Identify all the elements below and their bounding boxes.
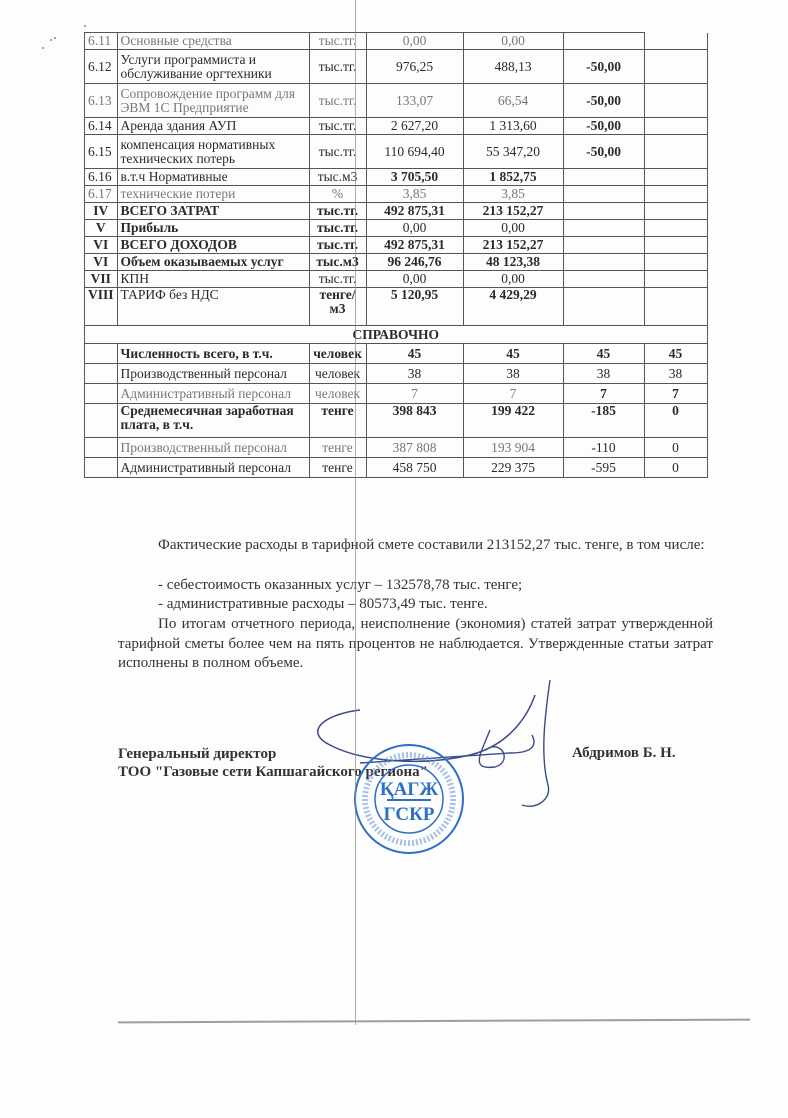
value-plan: 38 bbox=[366, 364, 463, 384]
table-row: VПрибыльтыс.тг.0,000,00 bbox=[85, 220, 708, 237]
row-unit: тыс.тг. bbox=[309, 50, 366, 84]
reference-row: Административный персоналтенге458 750229… bbox=[85, 458, 708, 478]
value-extra: 0 bbox=[644, 438, 707, 458]
row-number: 6.14 bbox=[85, 118, 118, 135]
value-extra bbox=[644, 288, 707, 326]
value-deviation bbox=[563, 271, 644, 288]
value-plan: 398 843 bbox=[366, 404, 463, 438]
table-row: 6.12Услуги программиста и обслуживание о… bbox=[85, 50, 708, 84]
scan-artifact-vertical-line bbox=[355, 0, 356, 1025]
row-number: VIII bbox=[85, 288, 118, 326]
reference-row: Производственный персоналчеловек38383838 bbox=[85, 364, 708, 384]
value-extra bbox=[644, 84, 707, 118]
row-name: компенсация нормативных технических поте… bbox=[117, 135, 309, 169]
table-row: IVВСЕГО ЗАТРАТтыс.тг.492 875,31213 152,2… bbox=[85, 203, 708, 220]
value-deviation bbox=[563, 33, 644, 50]
value-extra bbox=[644, 237, 707, 254]
row-number: V bbox=[85, 220, 118, 237]
value-deviation: -595 bbox=[563, 458, 644, 478]
value-deviation bbox=[563, 254, 644, 271]
value-deviation: 38 bbox=[563, 364, 644, 384]
value-actual: 0,00 bbox=[463, 271, 563, 288]
value-extra: 0 bbox=[644, 458, 707, 478]
value-plan: 3 705,50 bbox=[366, 169, 463, 186]
value-extra bbox=[644, 186, 707, 203]
value-actual: 0,00 bbox=[463, 33, 563, 50]
row-number: 6.17 bbox=[85, 186, 118, 203]
row-number: VI bbox=[85, 254, 118, 271]
value-deviation bbox=[563, 237, 644, 254]
reference-row: Административный персоналчеловек7777 bbox=[85, 384, 708, 404]
row-unit: тыс.тг. bbox=[309, 84, 366, 118]
row-number bbox=[85, 438, 118, 458]
scan-artifact-horizontal-line bbox=[118, 1019, 750, 1024]
value-deviation: -50,00 bbox=[563, 135, 644, 169]
reference-row: Среднемесячная заработная плата, в т.ч.т… bbox=[85, 404, 708, 438]
value-deviation: -50,00 bbox=[563, 84, 644, 118]
paragraph-cost-of-services: - себестоимость оказанных услуг – 132578… bbox=[118, 576, 713, 596]
value-plan: 45 bbox=[366, 344, 463, 364]
row-number: 6.12 bbox=[85, 50, 118, 84]
row-number: IV bbox=[85, 203, 118, 220]
row-number: VII bbox=[85, 271, 118, 288]
value-actual: 3,85 bbox=[463, 186, 563, 203]
row-number bbox=[85, 404, 118, 438]
value-extra bbox=[644, 169, 707, 186]
value-actual: 199 422 bbox=[463, 404, 563, 438]
value-deviation bbox=[563, 288, 644, 326]
row-name: Сопровождение программ для ЭВМ 1С Предпр… bbox=[117, 84, 309, 118]
row-unit: тенге/м3 bbox=[309, 288, 366, 326]
row-name: ВСЕГО ЗАТРАТ bbox=[117, 203, 309, 220]
reference-section-title: СПРАВОЧНО bbox=[85, 326, 708, 344]
value-actual: 229 375 bbox=[463, 458, 563, 478]
row-unit: тенге bbox=[309, 458, 366, 478]
table-row: VIIКПНтыс.тг.0,000,00 bbox=[85, 271, 708, 288]
value-plan: 133,07 bbox=[366, 84, 463, 118]
row-unit: тыс.тг. bbox=[309, 237, 366, 254]
row-number: 6.11 bbox=[85, 33, 118, 50]
reference-title-row: СПРАВОЧНО bbox=[85, 326, 708, 344]
value-actual: 213 152,27 bbox=[463, 203, 563, 220]
row-name: технические потери bbox=[117, 186, 309, 203]
row-number bbox=[85, 344, 118, 364]
row-unit: % bbox=[309, 186, 366, 203]
row-unit: тенге bbox=[309, 438, 366, 458]
value-actual: 7 bbox=[463, 384, 563, 404]
row-number: VI bbox=[85, 237, 118, 254]
reference-row: Численность всего, в т.ч.человек45454545 bbox=[85, 344, 708, 364]
value-extra bbox=[644, 135, 707, 169]
row-name: Производственный персонал bbox=[117, 364, 309, 384]
value-deviation: 7 bbox=[563, 384, 644, 404]
value-deviation bbox=[563, 220, 644, 237]
table-row: VIОбъем оказываемых услугтыс.м396 246,76… bbox=[85, 254, 708, 271]
value-actual: 55 347,20 bbox=[463, 135, 563, 169]
value-actual: 48 123,38 bbox=[463, 254, 563, 271]
value-extra bbox=[644, 50, 707, 84]
row-unit: человек bbox=[309, 344, 366, 364]
row-name: КПН bbox=[117, 271, 309, 288]
row-name: Численность всего, в т.ч. bbox=[117, 344, 309, 364]
row-unit: тыс.тг. bbox=[309, 33, 366, 50]
row-name: Услуги программиста и обслуживание оргте… bbox=[117, 50, 309, 84]
value-extra bbox=[644, 118, 707, 135]
row-unit: тыс.м3 bbox=[309, 169, 366, 186]
value-plan: 387 808 bbox=[366, 438, 463, 458]
table-row: 6.15компенсация нормативных технических … bbox=[85, 135, 708, 169]
reference-row: Производственный персоналтенге387 808193… bbox=[85, 438, 708, 458]
value-deviation: 45 bbox=[563, 344, 644, 364]
value-actual: 4 429,29 bbox=[463, 288, 563, 326]
value-actual: 1 852,75 bbox=[463, 169, 563, 186]
value-extra: 38 bbox=[644, 364, 707, 384]
value-deviation bbox=[563, 169, 644, 186]
table-row: 6.11Основные средстватыс.тг.0,000,00 bbox=[85, 33, 708, 50]
svg-text:ҚАГЖ: ҚАГЖ bbox=[380, 779, 439, 800]
value-plan: 110 694,40 bbox=[366, 135, 463, 169]
row-name: Объем оказываемых услуг bbox=[117, 254, 309, 271]
row-unit: человек bbox=[309, 364, 366, 384]
row-number: 6.16 bbox=[85, 169, 118, 186]
row-unit: тыс.м3 bbox=[309, 254, 366, 271]
value-plan: 7 bbox=[366, 384, 463, 404]
row-unit: тыс.тг. bbox=[309, 135, 366, 169]
table-row: 6.13Сопровождение программ для ЭВМ 1С Пр… bbox=[85, 84, 708, 118]
paragraph-conclusion: По итогам отчетного периода, неисполнени… bbox=[118, 615, 713, 674]
row-name: ТАРИФ без НДС bbox=[117, 288, 309, 326]
row-number: 6.13 bbox=[85, 84, 118, 118]
value-plan: 5 120,95 bbox=[366, 288, 463, 326]
table-row: 6.14Аренда здания АУПтыс.тг.2 627,201 31… bbox=[85, 118, 708, 135]
row-unit: тыс.тг. bbox=[309, 271, 366, 288]
row-name: Основные средства bbox=[117, 33, 309, 50]
row-name: ВСЕГО ДОХОДОВ bbox=[117, 237, 309, 254]
value-actual: 45 bbox=[463, 344, 563, 364]
row-unit: тенге bbox=[309, 404, 366, 438]
paragraph-actual-expenses: Фактические расходы в тарифной смете сос… bbox=[118, 536, 713, 556]
value-plan: 492 875,31 bbox=[366, 203, 463, 220]
value-plan: 3,85 bbox=[366, 186, 463, 203]
value-plan: 0,00 bbox=[366, 33, 463, 50]
value-deviation bbox=[563, 203, 644, 220]
row-name: Прибыль bbox=[117, 220, 309, 237]
row-name: Аренда здания АУП bbox=[117, 118, 309, 135]
value-actual: 38 bbox=[463, 364, 563, 384]
value-plan: 2 627,20 bbox=[366, 118, 463, 135]
value-actual: 66,54 bbox=[463, 84, 563, 118]
value-extra bbox=[644, 33, 707, 50]
value-plan: 492 875,31 bbox=[366, 237, 463, 254]
table-row: VIВСЕГО ДОХОДОВтыс.тг.492 875,31213 152,… bbox=[85, 237, 708, 254]
table-row: 6.16в.т.ч Нормативныетыс.м33 705,501 852… bbox=[85, 169, 708, 186]
value-deviation: -110 bbox=[563, 438, 644, 458]
row-unit: тыс.тг. bbox=[309, 203, 366, 220]
row-name: в.т.ч Нормативные bbox=[117, 169, 309, 186]
row-name: Производственный персонал bbox=[117, 438, 309, 458]
row-number bbox=[85, 384, 118, 404]
table-row: VIIIТАРИФ без НДСтенге/м35 120,954 429,2… bbox=[85, 288, 708, 326]
value-plan: 96 246,76 bbox=[366, 254, 463, 271]
value-deviation: -185 bbox=[563, 404, 644, 438]
row-unit: тыс.тг. bbox=[309, 220, 366, 237]
value-extra: 7 bbox=[644, 384, 707, 404]
value-plan: 976,25 bbox=[366, 50, 463, 84]
value-extra bbox=[644, 271, 707, 288]
row-unit: тыс.тг. bbox=[309, 118, 366, 135]
paragraph-admin-expenses: - административные расходы – 80573,49 ты… bbox=[118, 595, 713, 615]
svg-text:ГСКР: ГСКР bbox=[384, 804, 435, 825]
row-number bbox=[85, 458, 118, 478]
value-actual: 0,00 bbox=[463, 220, 563, 237]
value-extra: 45 bbox=[644, 344, 707, 364]
row-name: Административный персонал bbox=[117, 458, 309, 478]
value-plan: 0,00 bbox=[366, 271, 463, 288]
row-name: Административный персонал bbox=[117, 384, 309, 404]
value-extra bbox=[644, 203, 707, 220]
value-extra bbox=[644, 254, 707, 271]
value-actual: 1 313,60 bbox=[463, 118, 563, 135]
row-number bbox=[85, 364, 118, 384]
tariff-table: 6.11Основные средстватыс.тг.0,000,006.12… bbox=[84, 32, 708, 478]
value-actual: 193 904 bbox=[463, 438, 563, 458]
value-plan: 458 750 bbox=[366, 458, 463, 478]
row-name: Среднемесячная заработная плата, в т.ч. bbox=[117, 404, 309, 438]
value-plan: 0,00 bbox=[366, 220, 463, 237]
value-deviation: -50,00 bbox=[563, 50, 644, 84]
company-stamp: ҚАГЖ ГСКР bbox=[353, 743, 465, 855]
value-extra: 0 bbox=[644, 404, 707, 438]
row-number: 6.15 bbox=[85, 135, 118, 169]
value-extra bbox=[644, 220, 707, 237]
signer-name: Абдримов Б. Н. bbox=[572, 745, 676, 762]
value-deviation bbox=[563, 186, 644, 203]
row-unit: человек bbox=[309, 384, 366, 404]
table-row: 6.17технические потери%3,853,85 bbox=[85, 186, 708, 203]
value-actual: 488,13 bbox=[463, 50, 563, 84]
value-actual: 213 152,27 bbox=[463, 237, 563, 254]
value-deviation: -50,00 bbox=[563, 118, 644, 135]
